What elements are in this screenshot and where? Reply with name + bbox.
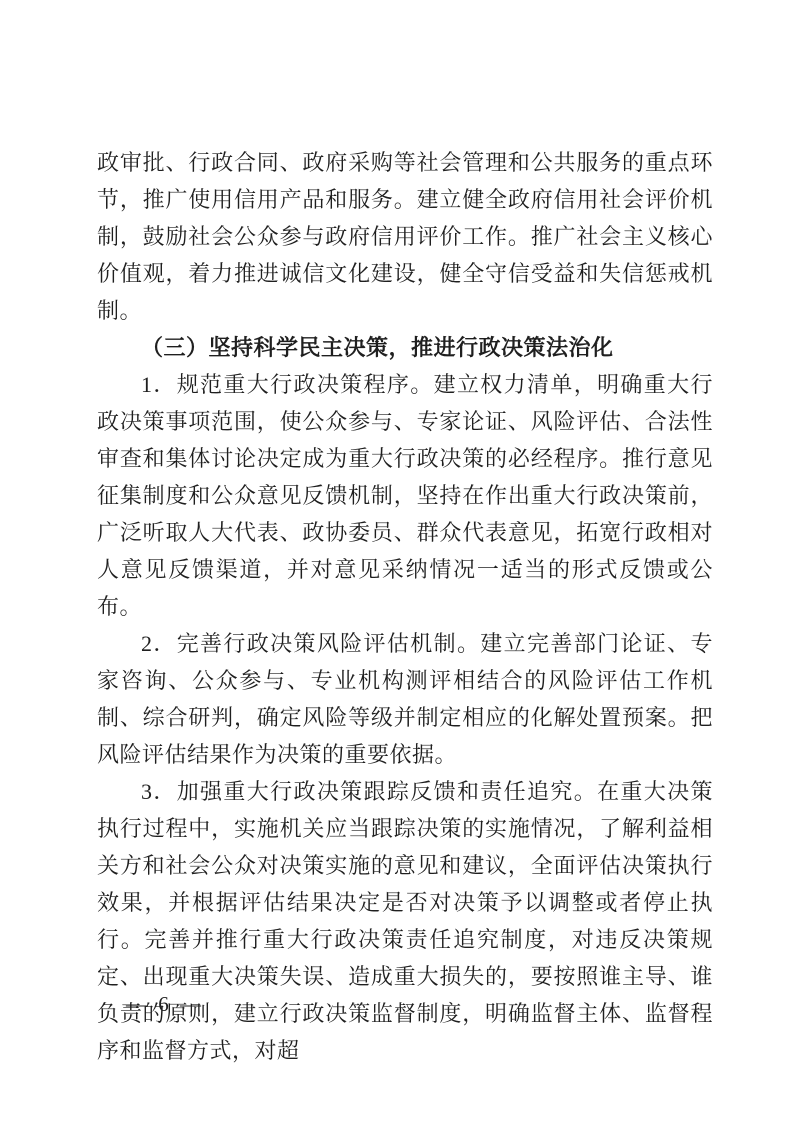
numbered-paragraph-3: 3．加强重大行政决策跟踪反馈和责任追究。在重大决策执行过程中，实施机关应当跟踪决… [97,773,713,1069]
page-number: — 6 — [126,992,204,1017]
document-body: 政审批、行政合同、政府采购等社会管理和公共服务的重点环节，推广使用信用产品和服务… [97,144,713,1069]
numbered-paragraph-1: 1．规范重大行政决策程序。建立权力清单，明确重大行政决策事项范围，使公众参与、专… [97,366,713,625]
numbered-paragraph-2: 2．完善行政决策风险评估机制。建立完善部门论证、专家咨询、公众参与、专业机构测评… [97,625,713,773]
section-heading: （三）坚持科学民主决策，推进行政决策法治化 [97,329,713,366]
paragraph-continuation: 政审批、行政合同、政府采购等社会管理和公共服务的重点环节，推广使用信用产品和服务… [97,144,713,329]
document-page: 政审批、行政合同、政府采购等社会管理和公共服务的重点环节，推广使用信用产品和服务… [0,0,793,1122]
